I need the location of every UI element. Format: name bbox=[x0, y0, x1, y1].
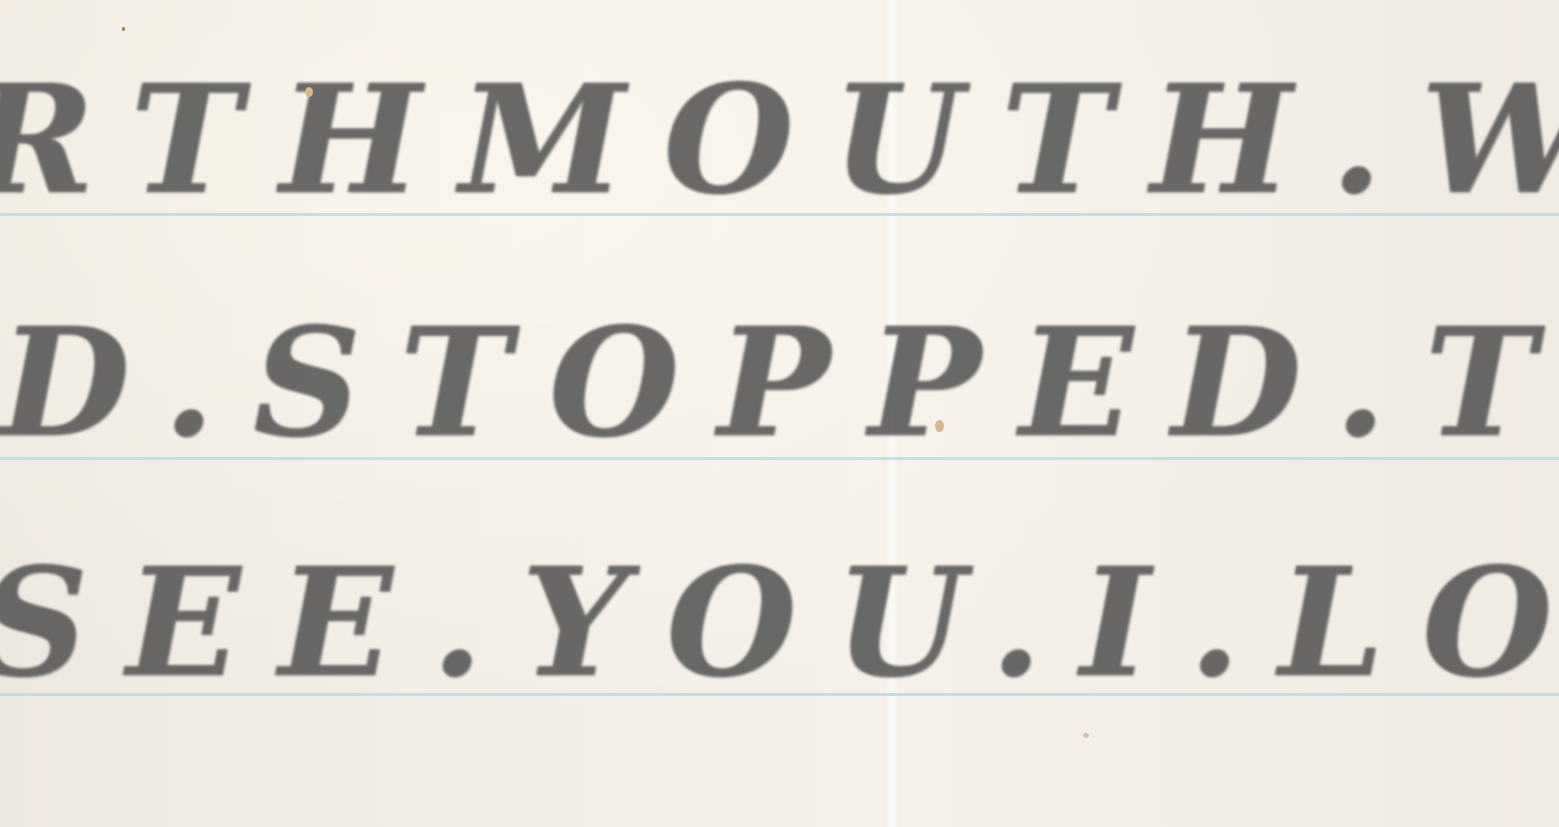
handwritten-line-3: SEE.YOU.I.LOOK bbox=[0, 535, 1559, 711]
paper-stain bbox=[305, 87, 313, 97]
handwritten-line-2: D.STOPPED.TO.Z bbox=[0, 295, 1559, 471]
handwritten-line-1: RTHMOUTH.W bbox=[0, 52, 1559, 228]
paper-stain bbox=[935, 420, 944, 432]
paper-speck bbox=[122, 27, 125, 31]
paper-stain bbox=[1083, 733, 1089, 738]
